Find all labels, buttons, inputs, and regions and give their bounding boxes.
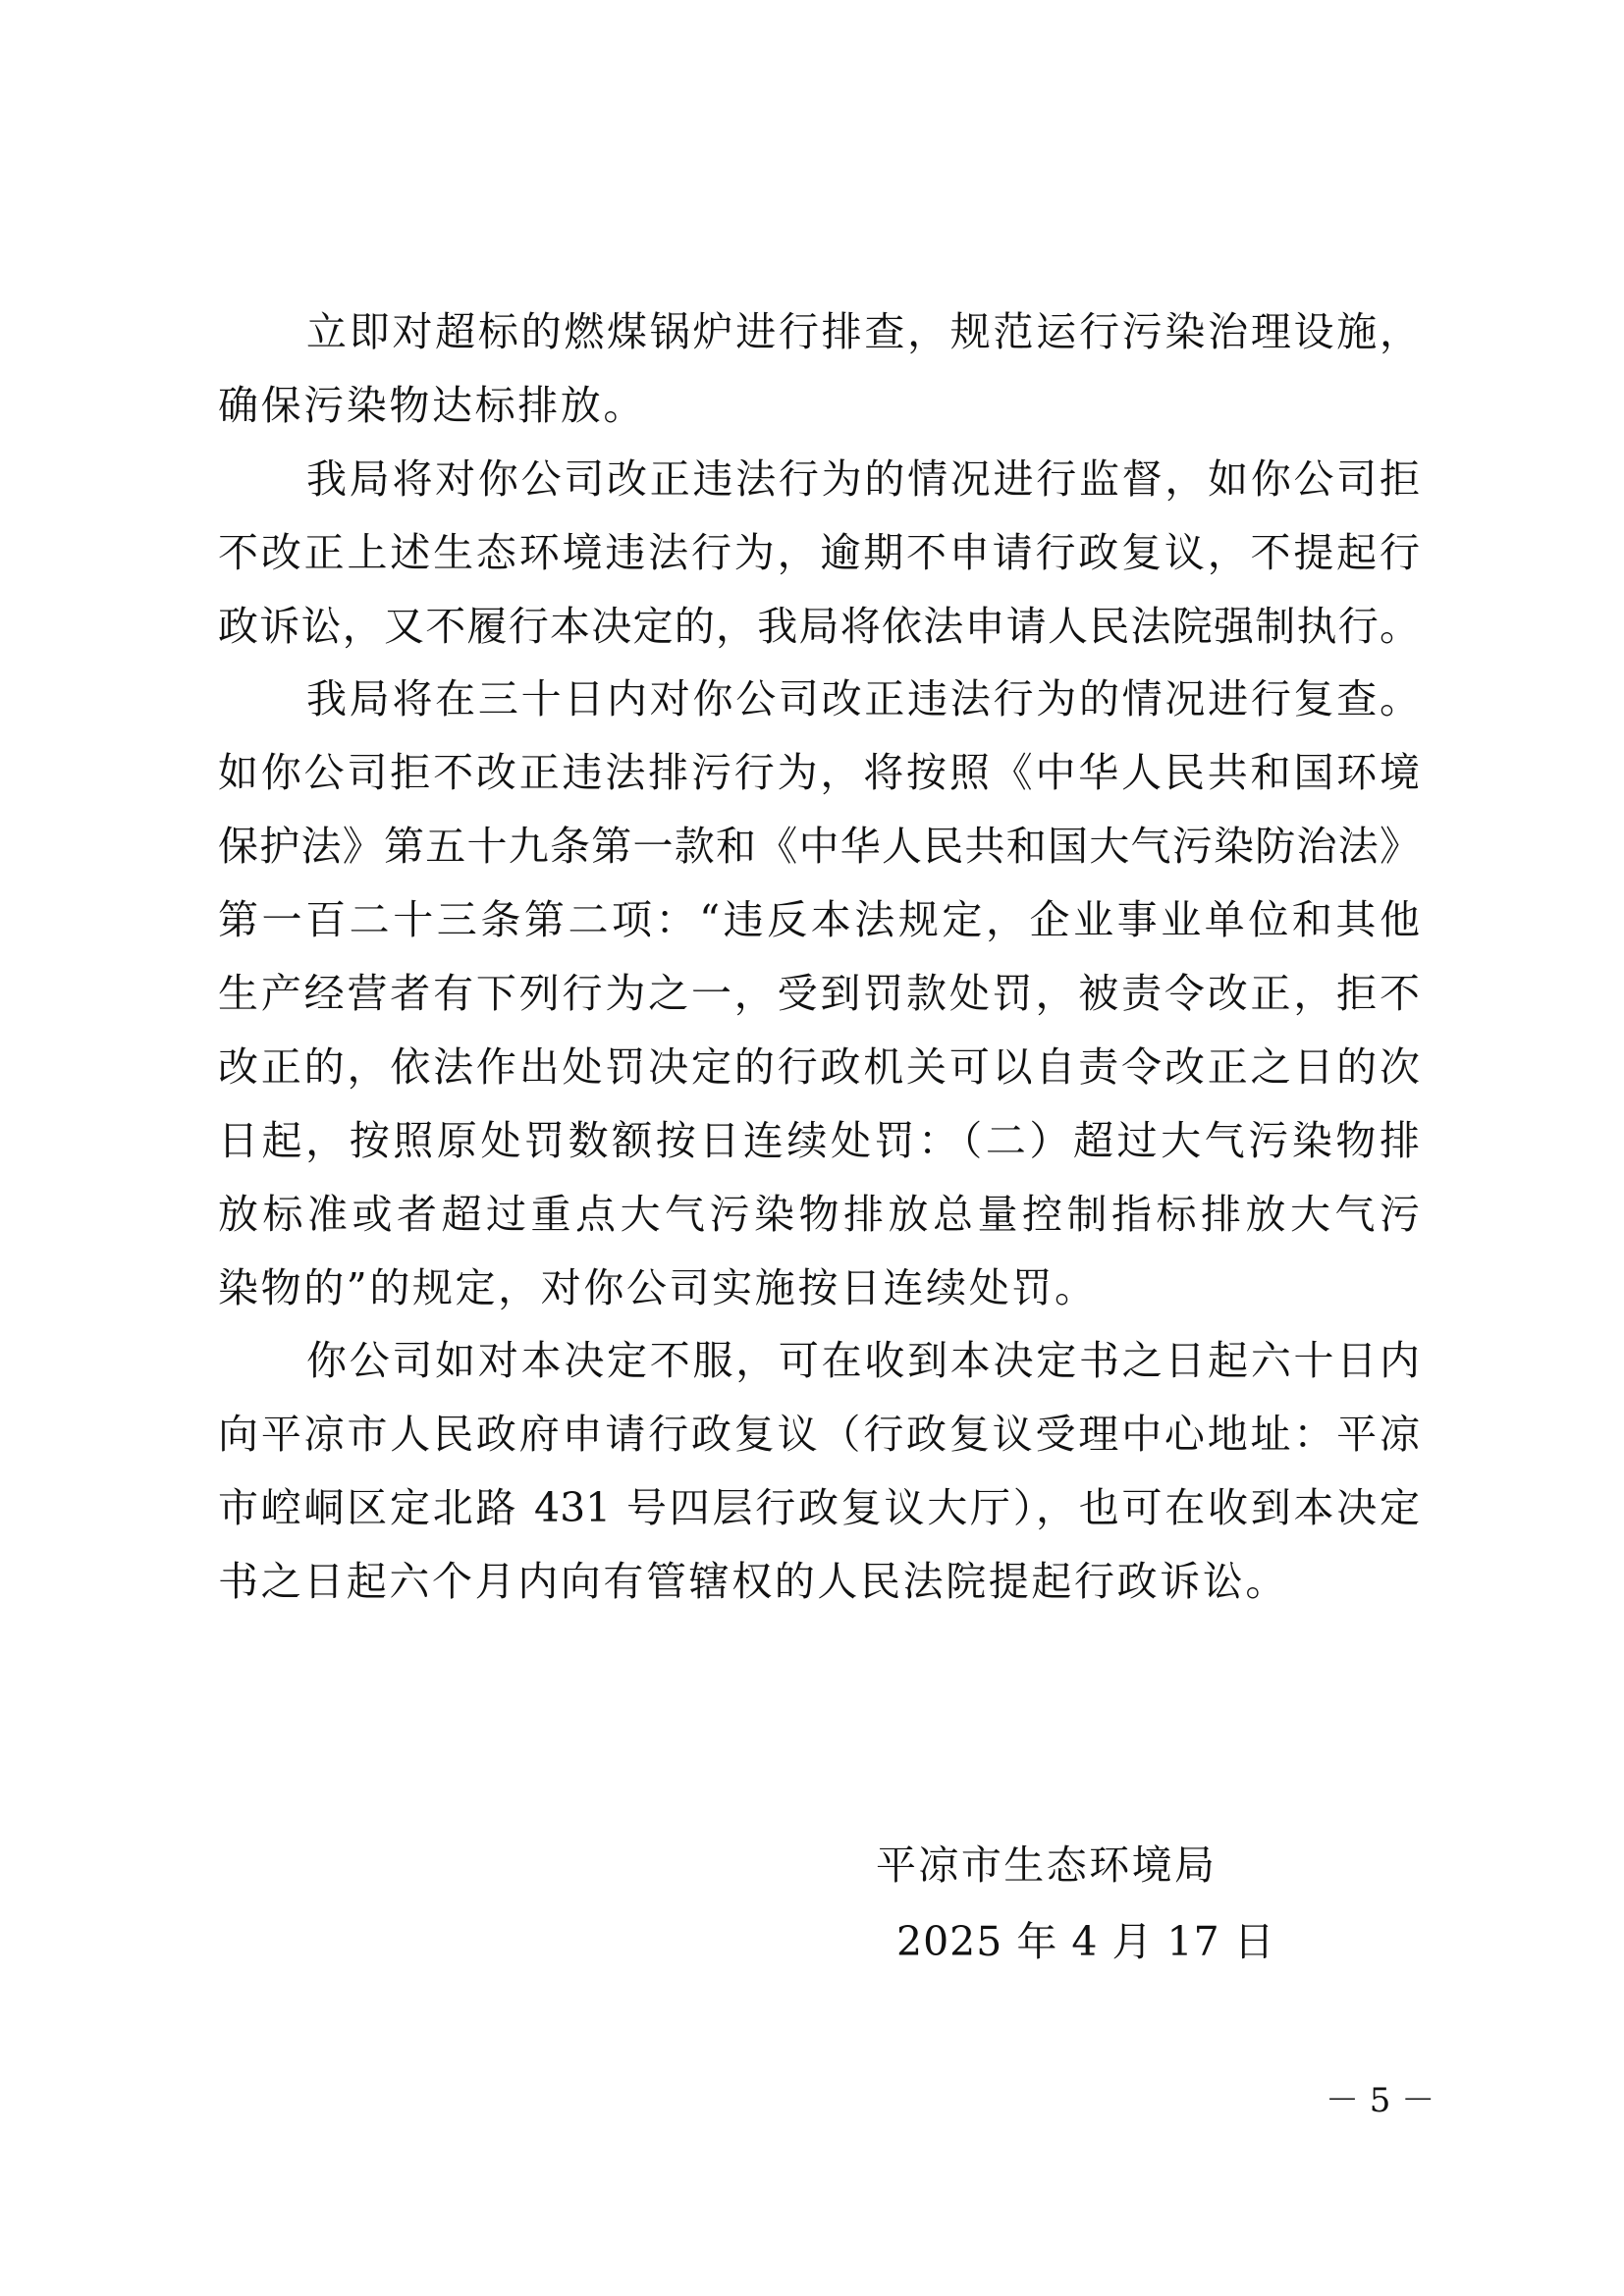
text-line: 我局将对你公司改正违法行为的情况进行监督，如你公司拒 (218, 452, 1420, 525)
text-line: 你公司如对本决定不服，可在收到本决定书之日起六十日内 (218, 1333, 1420, 1407)
page-number: － 5 － (1326, 2079, 1435, 2122)
text-line: 如你公司拒不改正违法排污行为，将按照《中华人民共和国环境 (218, 745, 1420, 819)
text-line: 保护法》第五十九条第一款和《中华人民共和国大气污染防治法》 (218, 819, 1420, 892)
text-line: 我局将在三十日内对你公司改正违法行为的情况进行复查。 (218, 671, 1420, 745)
text-line: 不改正上述生态环境违法行为，逾期不申请行政复议，不提起行 (218, 525, 1420, 599)
paragraph-supervision-notice: 我局将对你公司改正违法行为的情况进行监督，如你公司拒 不改正上述生态环境违法行为… (218, 452, 1420, 672)
document-body: 立即对超标的燃煤锅炉进行排查，规范运行污染治理设施， 确保污染物达标排放。 我局… (218, 304, 1420, 1628)
text-line: 改正的，依法作出处罚决定的行政机关可以自责令改正之日的次 (218, 1040, 1420, 1113)
text-line: 政诉讼，又不履行本决定的，我局将依法申请人民法院强制执行。 (218, 599, 1420, 672)
paragraph-rectification-order: 立即对超标的燃煤锅炉进行排查，规范运行污染治理设施， 确保污染物达标排放。 (218, 304, 1420, 452)
text-line: 书之日起六个月内向有管辖权的人民法院提起行政诉讼。 (218, 1554, 1420, 1628)
text-line: 立即对超标的燃煤锅炉进行排查，规范运行污染治理设施， (218, 304, 1420, 378)
text-line: 日起，按照原处罚数额按日连续处罚：（二）超过大气污染物排 (218, 1113, 1420, 1187)
text-line: 染物的”的规定，对你公司实施按日连续处罚。 (218, 1260, 1420, 1334)
text-line: 向平凉市人民政府申请行政复议（行政复议受理中心地址：平凉 (218, 1407, 1420, 1480)
issuer-signature: 平凉市生态环境局 (876, 1838, 1215, 1893)
text-line: 放标准或者超过重点大气污染物排放总量控制指标排放大气污 (218, 1187, 1420, 1260)
text-line: 第一百二十三条第二项：“违反本法规定，企业事业单位和其他 (218, 892, 1420, 966)
paragraph-daily-penalty-notice: 我局将在三十日内对你公司改正违法行为的情况进行复查。 如你公司拒不改正违法排污行… (218, 671, 1420, 1333)
text-line: 市崆峒区定北路 431 号四层行政复议大厅），也可在收到本决定 (218, 1480, 1420, 1554)
paragraph-appeal-rights: 你公司如对本决定不服，可在收到本决定书之日起六十日内 向平凉市人民政府申请行政复… (218, 1333, 1420, 1628)
document-page: 立即对超标的燃煤锅炉进行排查，规范运行污染治理设施， 确保污染物达标排放。 我局… (0, 0, 1624, 2296)
text-line: 生产经营者有下列行为之一，受到罚款处罚，被责令改正，拒不 (218, 966, 1420, 1040)
issue-date: 2025 年 4 月 17 日 (896, 1914, 1275, 1969)
text-line: 确保污染物达标排放。 (218, 378, 1420, 452)
